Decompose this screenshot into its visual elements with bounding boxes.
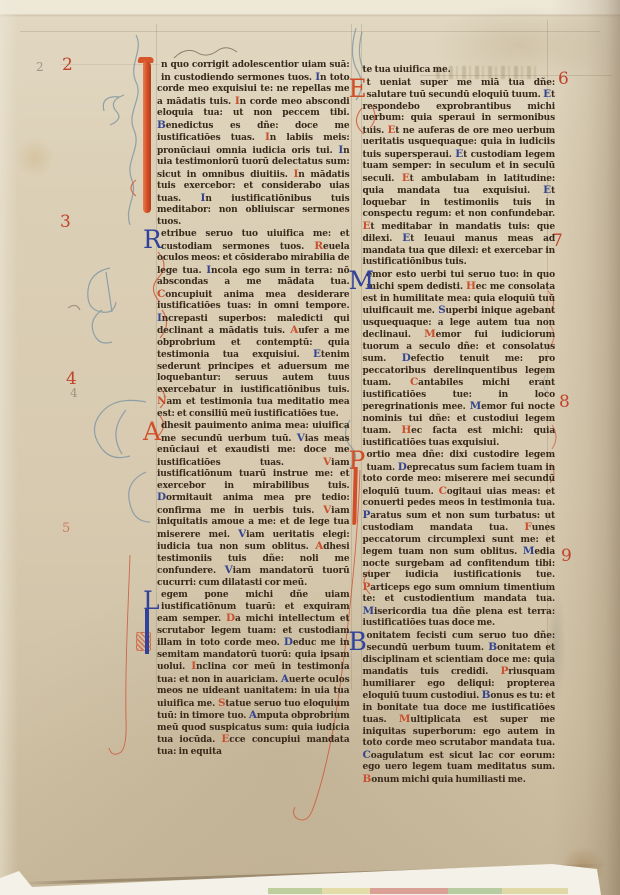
psalm-section: Bonitatem fecisti cum seruo tuo dñe: sec… [363, 631, 556, 787]
illuminated-initial: R [143, 229, 159, 251]
verse-initial: I [201, 192, 206, 204]
psalm-section: Portio mea dñe: dixi custodire legem tua… [363, 450, 556, 630]
verse-initial: M [523, 545, 534, 557]
illuminated-initial: L [143, 590, 159, 612]
verse-initial: B [488, 641, 497, 653]
verse-initial: D [398, 461, 407, 473]
psalm-section: In quo corrigit adolescentior uiam suā: … [157, 60, 350, 228]
verse-initial: I [157, 312, 162, 324]
verse-initial: I [315, 71, 320, 83]
margin-numeral: 9 [561, 546, 572, 566]
verse-initial: I [294, 168, 299, 180]
verse-initial: V [238, 528, 246, 540]
text-column-right: te tua uiuifica me. Et ueniat super me m… [363, 60, 556, 787]
parchment-leaf: 2 2 3 4 4 5 6 7 8 9 In quo corrigit adol… [0, 0, 620, 895]
verse-initial: D [402, 352, 411, 364]
verse-initial: R [314, 240, 323, 252]
verse-initial: I [338, 144, 343, 156]
verse-initial: A [315, 540, 323, 552]
text-column-left: In quo corrigit adolescentior uiam suā: … [157, 60, 350, 787]
verse-initial: P [500, 665, 508, 677]
illuminated-initial: E [349, 78, 365, 100]
verse-initial: P [363, 509, 371, 521]
ruling-line [20, 31, 600, 32]
verse-initial: H [401, 424, 411, 436]
verse-initial: I [235, 95, 240, 107]
verse-initial: E [543, 184, 551, 196]
verse-initial: E [363, 220, 371, 232]
verse-initial: E [543, 88, 551, 100]
illuminated-initial: P [349, 450, 365, 472]
margin-numeral: 4 [70, 386, 78, 400]
verse-initial: M [424, 328, 435, 340]
illuminated-initial: A [143, 421, 159, 443]
verse-initial: A [281, 673, 289, 685]
verse-initial: C [157, 288, 165, 300]
verse-initial: A [249, 709, 257, 721]
verse-initial: E [455, 148, 463, 160]
margin-numeral: 5 [62, 521, 70, 536]
illuminated-initial: I [143, 60, 159, 82]
margin-numeral: 8 [559, 392, 570, 412]
verse-initial: S [218, 697, 225, 709]
verse-initial: V [323, 504, 331, 516]
text-block: In quo corrigit adolescentior uiam suā: … [157, 60, 555, 787]
verse-initial: S [438, 304, 445, 316]
verse-initial: M [470, 400, 481, 412]
verse-initial: N [157, 395, 166, 407]
margin-numeral: 2 [62, 55, 73, 75]
bottom-edge-shadow [18, 863, 610, 885]
verse-initial: H [466, 280, 476, 292]
scanned-manuscript-page: 2 2 3 4 4 5 6 7 8 9 In quo corrigit adol… [0, 0, 620, 895]
margin-numeral: 6 [558, 69, 569, 89]
margin-numeral: 3 [60, 212, 71, 232]
verse-initial: E [402, 232, 410, 244]
illuminated-initial: B [349, 631, 365, 653]
verse-initial: E [221, 733, 229, 745]
verse-initial: V [323, 456, 331, 468]
verse-initial: D [284, 636, 293, 648]
psalm-section: Memor esto uerbi tui seruo tuo: in quo m… [363, 270, 556, 450]
verse-initial: A [290, 324, 298, 336]
verse-initial: D [226, 612, 235, 624]
verse-initial: I [265, 131, 270, 143]
verse-initial: E [402, 172, 410, 184]
verse-initial: M [363, 605, 374, 617]
verse-initial: F [524, 521, 531, 533]
verse-initial: E [387, 124, 395, 136]
margin-numeral: 2 [36, 60, 44, 74]
psalm-section: Retribue seruo tuo uiuifica me: et custo… [157, 229, 350, 420]
verse-initial: E [313, 348, 321, 360]
psalm-section: Adhesit pauimento anima mea: uiuifica me… [157, 421, 350, 589]
verse-initial: D [157, 491, 166, 503]
scan-artifact-strip [268, 888, 568, 894]
psalm-section: Legem pone michi dñe uiam iustificatiōnu… [157, 590, 350, 758]
verse-initial: C [363, 749, 371, 761]
verse-initial: C [439, 485, 447, 497]
verse-initial: B [482, 689, 491, 701]
verse-initial: B [363, 773, 372, 785]
verse-initial: P [363, 581, 371, 593]
verse-initial: M [399, 713, 410, 725]
illuminated-initial: M [349, 270, 365, 292]
verse-initial: C [410, 376, 418, 388]
verse-initial: V [225, 564, 233, 576]
psalm-section: te tua uiuifica me. [363, 65, 556, 77]
psalm-section: Et ueniat super me miā tua dñe: salutare… [363, 78, 556, 269]
verse-initial: B [157, 119, 166, 131]
verse-initial: I [206, 264, 211, 276]
verse-initial: V [297, 432, 305, 444]
verse-initial: I [191, 660, 196, 672]
